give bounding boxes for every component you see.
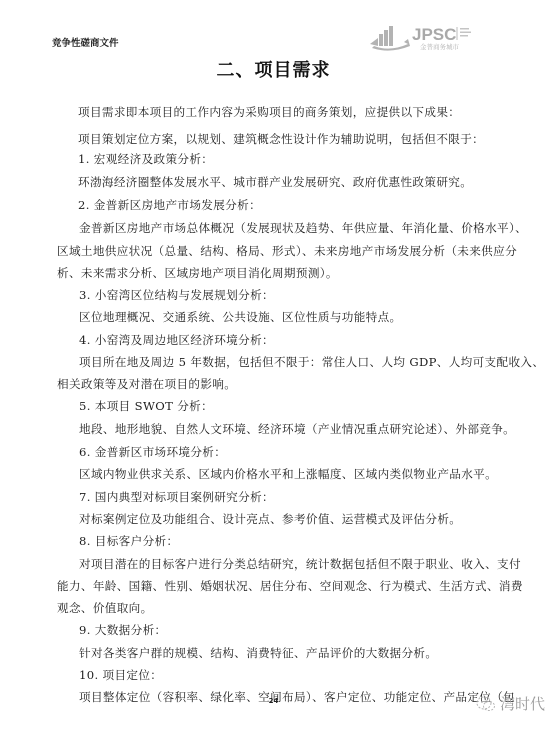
header-document-type: 竞争性磋商文件 [52,35,119,49]
body-line: 金普新区房地产市场总体概况（发展现状及趋势、年供应量、年消化量、价格水平）、 [79,220,527,236]
svg-text:JPSC: JPSC [412,25,456,44]
body-line: 针对各类客户群的规模、结构、消费特征、产品评价的大数据分析。 [79,645,437,661]
body-line: 地段、地形地貌、自然人文环境、经济环境（产业情况重点研究论述）、外部竞争。 [79,421,515,437]
body-line: 1. 宏观经济及政策分析： [78,151,213,167]
body-line: 项目需求即本项目的工作内容为采购项目的商务策划，应提供以下成果： [78,104,460,120]
svg-text:金普商务城市: 金普商务城市 [420,42,460,51]
body-line: 5. 本项目 SWOT 分析： [79,398,213,414]
wechat-logo-icon [476,695,496,713]
body-line: 相关政策等及对潜在项目的影响。 [57,376,236,392]
body-line: 4. 小窑湾及周边地区经济环境分析： [79,332,274,348]
watermark-text: 湾时代 [500,693,545,714]
body-line: 对项目潜在的目标客户进行分类总结研究，统计数据包括但不限于职业、收入、支付 [79,556,521,572]
page-number: 24 [0,697,547,705]
body-line: 7. 国内典型对标项目案例研究分析： [79,489,274,505]
body-line: 项目所在地及周边 5 年数据，包括但不限于：常住人口、人均 GDP、人均可支配收… [79,354,544,370]
body-line: 10. 项目定位： [79,667,162,683]
body-line: 8. 目标客户分析： [79,533,178,549]
body-line: 区位地理概况、交通系统、公共设施、区位性质与功能特点。 [79,309,401,325]
body-line: 析、未来需求分析、区域房地产项目消化周期预测）。 [57,265,338,281]
body-line: 能力、年龄、国籍、性别、婚姻状况、居住分布、空间观念、行为模式、生活方式、消费 [57,578,523,594]
body-line: 2. 金普新区房地产市场发展分析： [78,197,261,213]
body-line: 观念、价值取向。 [57,600,153,616]
body-line: 3. 小窑湾区位结构与发展规划分析： [79,287,274,303]
body-line: 6. 金普新区市场环境分析： [79,444,226,460]
body-line: 9. 大数据分析： [79,622,166,638]
wechat-watermark: 湾时代 [476,693,545,714]
body-line: 项目策划定位方案，以规划、建筑概念性设计作为辅助说明，包括但不限于： [78,131,484,147]
body-line: 区域土地供应状况（总量、结构、格局、形式）、未来房地产市场发展分析（未来供应分 [57,243,517,259]
body-line: 环渤海经济圈整体发展水平、城市群产业发展研究、政府优惠性政策研究。 [78,174,472,190]
section-title: 二、项目需求 [0,56,547,82]
body-line: 对标案例定位及功能组合、设计亮点、参考价值、运营模式及评估分析。 [79,511,461,527]
body-line: 区域内物业供求关系、区域内价格水平和上涨幅度、区域内类似物业产品水平。 [79,466,497,482]
jpsc-logo: JPSC 金普商务城市 [368,22,483,52]
city-skyline-logo-icon: JPSC 金普商务城市 [368,22,483,52]
